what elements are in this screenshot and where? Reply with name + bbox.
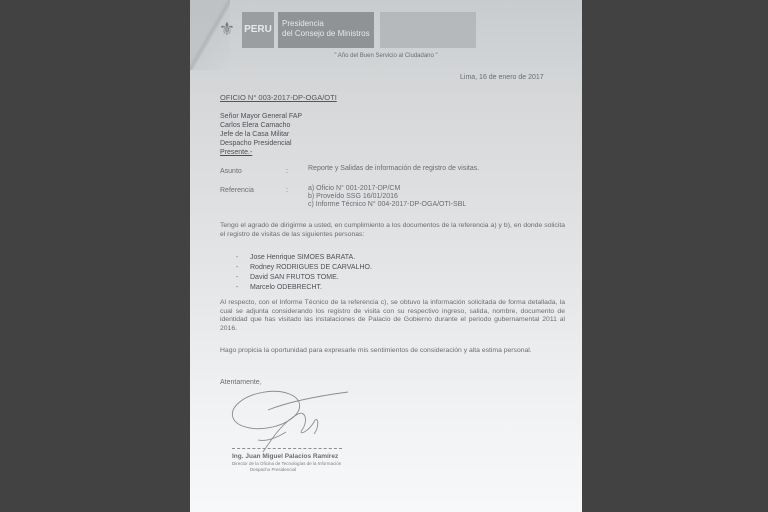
bullet: - [236,263,238,272]
signer-name: Ing. Juan Miguel Palacios Ramírez [232,452,338,461]
references-label: Referencia [220,186,254,195]
bullet: - [236,283,238,292]
references-separator: : [286,186,288,195]
body-paragraph: Al respecto, con el Informe Técnico de l… [220,299,565,333]
peru-coat-of-arms-icon: ⚜ [216,14,238,44]
intro-paragraph: Tengo el agrado de dirigirme a usted, en… [220,222,565,239]
institution-line-1: Presidencia [282,19,370,29]
subject-value: Reporte y Salidas de información de regi… [308,164,479,173]
handwritten-signature-icon [228,382,358,457]
subject-label: Asunto [220,167,242,176]
person-item: Rodney RODRIGUES DE CARVALHO. [250,263,372,272]
office-block [380,12,476,48]
signature-line [232,448,342,449]
bullet: - [236,253,238,262]
addressee-line: Señor Mayor General FAP [220,112,302,121]
bullet: - [236,273,238,282]
year-motto: " Año del Buen Servicio al Ciudadano " [190,52,582,61]
subject-separator: : [286,167,288,176]
person-item: Jose Henrique SIMOES BARATA. [250,253,355,262]
reference-item: c) Informe Técnico N° 004-2017-DP-OGA/OT… [308,200,466,209]
addressee-line: Jefe de la Casa Militar [220,130,289,139]
country-label: PERU [242,12,274,48]
addressee-line: Presente.- [220,148,252,157]
reference-number: OFICIO N° 003-2017-DP-OGA/OTI [220,93,337,102]
addressee-line: Despacho Presidencial [220,139,292,148]
closing-paragraph: Hago propicia la oportunidad para expres… [220,347,565,356]
letter-date: Lima, 16 de enero de 2017 [460,73,544,82]
institution-line-2: del Consejo de Ministros [282,29,370,39]
signer-department: Despacho Presidencial [250,467,296,473]
person-item: David SAN FRUTOS TOME. [250,273,339,282]
person-item: Marcelo ODEBRECHT. [250,283,322,292]
scanned-letter-page: ⚜ PERU Presidencia del Consejo de Minist… [190,0,582,512]
addressee-line: Carlos Elera Camacho [220,121,290,130]
institution-block: Presidencia del Consejo de Ministros [278,12,374,48]
